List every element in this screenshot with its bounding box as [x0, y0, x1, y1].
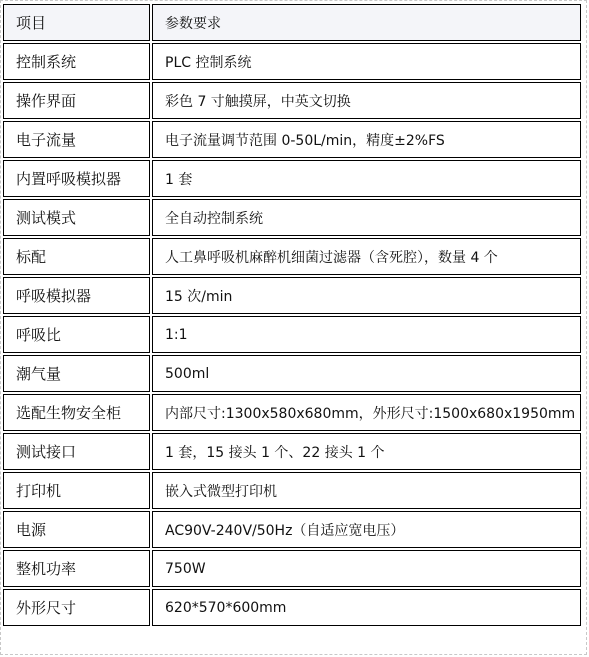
row-item: 测试接口 — [3, 433, 150, 470]
row-requirement: 嵌入式微型打印机 — [152, 472, 581, 509]
table-row: 控制系统PLC 控制系统 — [3, 43, 581, 80]
header-requirement: 参数要求 — [152, 4, 581, 41]
row-requirement: 1 套，15 接头 1 个、22 接头 1 个 — [152, 433, 581, 470]
row-requirement: 620*570*600mm — [152, 589, 581, 626]
table-row: 测试接口1 套，15 接头 1 个、22 接头 1 个 — [3, 433, 581, 470]
row-item: 选配生物安全柜 — [3, 394, 150, 431]
row-requirement: 彩色 7 寸触摸屏，中英文切换 — [152, 82, 581, 119]
row-item: 外形尺寸 — [3, 589, 150, 626]
row-item: 整机功率 — [3, 550, 150, 587]
row-requirement: 人工鼻呼吸机麻醉机细菌过滤器（含死腔），数量 4 个 — [152, 238, 581, 275]
row-item: 电子流量 — [3, 121, 150, 158]
table-row: 潮气量500ml — [3, 355, 581, 392]
row-requirement: 电子流量调节范围 0-50L/min，精度±2%FS — [152, 121, 581, 158]
table-row: 呼吸比1:1 — [3, 316, 581, 353]
table-row: 整机功率750W — [3, 550, 581, 587]
row-item: 呼吸比 — [3, 316, 150, 353]
row-item: 打印机 — [3, 472, 150, 509]
row-item: 操作界面 — [3, 82, 150, 119]
row-requirement: 1 套 — [152, 160, 581, 197]
row-item: 电源 — [3, 511, 150, 548]
row-requirement: 1:1 — [152, 316, 581, 353]
row-item: 内置呼吸模拟器 — [3, 160, 150, 197]
row-requirement: 750W — [152, 550, 581, 587]
table-row: 操作界面彩色 7 寸触摸屏，中英文切换 — [3, 82, 581, 119]
table-row: 打印机嵌入式微型打印机 — [3, 472, 581, 509]
row-requirement: 500ml — [152, 355, 581, 392]
table-row: 标配人工鼻呼吸机麻醉机细菌过滤器（含死腔），数量 4 个 — [3, 238, 581, 275]
row-requirement: 全自动控制系统 — [152, 199, 581, 236]
table-row: 电源AC90V-240V/50Hz（自适应宽电压） — [3, 511, 581, 548]
row-item: 测试模式 — [3, 199, 150, 236]
header-item: 项目 — [3, 4, 150, 41]
table-row: 外形尺寸620*570*600mm — [3, 589, 581, 626]
table-row: 测试模式全自动控制系统 — [3, 199, 581, 236]
row-item: 控制系统 — [3, 43, 150, 80]
table-row: 电子流量电子流量调节范围 0-50L/min，精度±2%FS — [3, 121, 581, 158]
table-header-row: 项目 参数要求 — [3, 4, 581, 41]
row-requirement: 15 次/min — [152, 277, 581, 314]
table-row: 选配生物安全柜内部尺寸:1300x580x680mm，外形尺寸:1500x680… — [3, 394, 581, 431]
row-item: 标配 — [3, 238, 150, 275]
table-row: 内置呼吸模拟器1 套 — [3, 160, 581, 197]
row-item: 呼吸模拟器 — [3, 277, 150, 314]
row-requirement: PLC 控制系统 — [152, 43, 581, 80]
row-requirement: 内部尺寸:1300x580x680mm，外形尺寸:1500x680x1950mm — [152, 394, 581, 431]
spec-table: 项目 参数要求 控制系统PLC 控制系统 操作界面彩色 7 寸触摸屏，中英文切换… — [1, 2, 583, 628]
row-item: 潮气量 — [3, 355, 150, 392]
row-requirement: AC90V-240V/50Hz（自适应宽电压） — [152, 511, 581, 548]
table-row: 呼吸模拟器15 次/min — [3, 277, 581, 314]
